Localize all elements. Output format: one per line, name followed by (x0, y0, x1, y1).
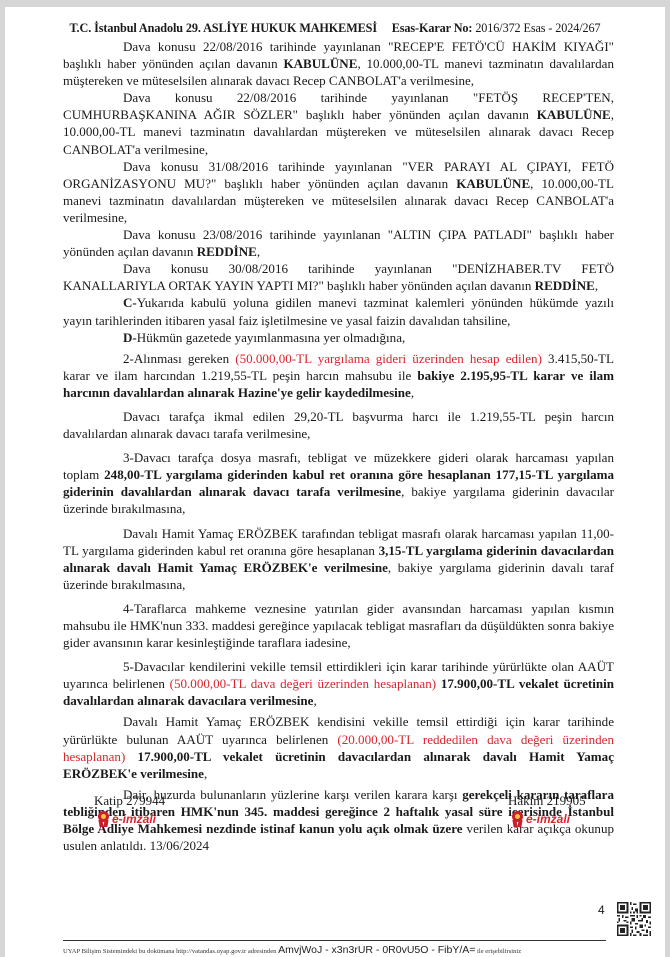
paragraph-publication: D-Hükmün gazetede yayımlanmasına yer olm… (63, 329, 614, 346)
paragraph-attorney-fee-defendant: Davalı Hamit Yamaç ERÖZBEK kendisini vek… (63, 713, 614, 781)
footer-divider (63, 940, 606, 941)
document-header: T.C. İstanbul Anadolu 29. ASLİYE HUKUK M… (5, 21, 665, 36)
seal-ribbon-icon (512, 811, 523, 827)
paragraph-advance-refund: 4-Taraflarca mahkeme veznesine yatırılan… (63, 600, 614, 651)
document-access-code: AmvjWoJ - x3n3rUR - 0R0vU5O - FibY/A= (278, 944, 475, 956)
verdict-body: Dava konusu 22/08/2016 tarihinde yayınla… (63, 38, 614, 854)
paragraph-reject-2: Dava konusu 30/08/2016 tarihinde yayınla… (63, 260, 614, 294)
qr-code-icon (617, 902, 651, 936)
page-number: 4 (598, 903, 605, 917)
paragraph-application-fee: Davacı tarafça ikmal edilen 29,20-TL baş… (63, 408, 614, 442)
paragraph-attorney-fee-plaintiffs: 5-Davacılar kendilerini vekille temsil e… (63, 658, 614, 709)
judge-signature: Hakim 219905 e-imzalı (508, 793, 586, 827)
paragraph-accept-3: Dava konusu 31/08/2016 tarihinde yayınla… (63, 158, 614, 226)
footer-access-note: UYAP Bilişim Sistemindeki bu dokümana ht… (63, 944, 521, 956)
clerk-e-signature-badge: e-imzalı (98, 811, 165, 827)
case-number: 2016/372 Esas - 2024/267 (475, 21, 600, 35)
paragraph-accept-1: Dava konusu 22/08/2016 tarihinde yayınla… (63, 38, 614, 89)
court-name: T.C. İstanbul Anadolu 29. ASLİYE HUKUK M… (69, 21, 377, 35)
paragraph-accept-2-line1: Dava konusu 22/08/2016 tarihinde yayınla… (63, 89, 614, 106)
paragraph-interest: C-Yukarıda kabulü yoluna gidilen manevi … (63, 294, 614, 328)
paragraph-costs-plaintiff: 3-Davacı tarafça dosya masrafı, tebligat… (63, 449, 614, 517)
paragraph-costs-defendant: Davalı Hamit Yamaç ERÖZBEK tarafından te… (63, 525, 614, 593)
judge-e-signature-badge: e-imzalı (512, 811, 586, 827)
seal-ribbon-icon (98, 811, 109, 827)
paragraph-fees: 2-Alınması gereken (50.000,00-TL yargıla… (63, 350, 614, 401)
document-page: T.C. İstanbul Anadolu 29. ASLİYE HUKUK M… (5, 7, 665, 957)
paragraph-reject-1: Dava konusu 23/08/2016 tarihinde yayınla… (63, 226, 614, 260)
clerk-role: Katip 279944 (94, 793, 165, 809)
case-number-label: Esas-Karar No: (392, 21, 473, 35)
judge-role: Hakim 219905 (508, 793, 586, 809)
clerk-signature: Katip 279944 e-imzalı (94, 793, 165, 827)
paragraph-accept-2: CUMHURBAŞKANINA AĞIR SÖZLER" başlıklı ha… (63, 106, 614, 157)
